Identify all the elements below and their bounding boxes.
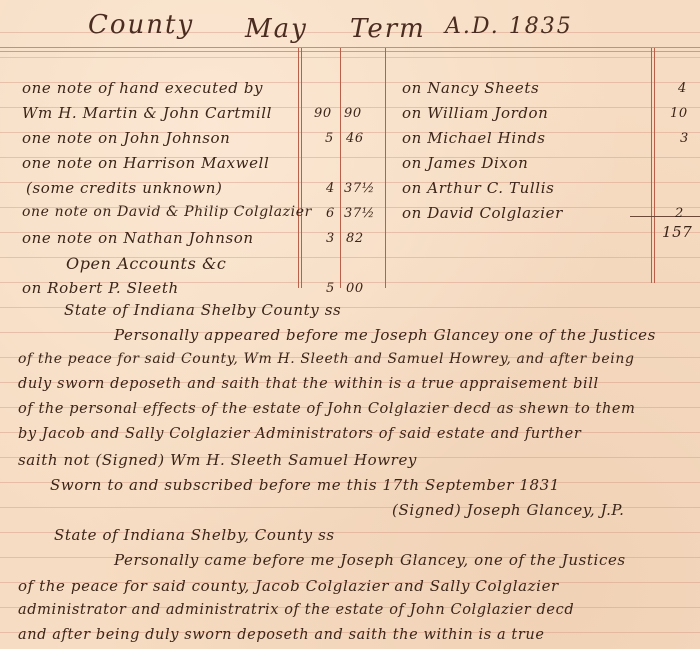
ledger-entry: on Robert P. Sleeth [22,279,179,297]
column-rule [340,48,341,288]
affidavit-jurat: Sworn to and subscribed before me this 1… [50,476,560,494]
ledger-amount: 4 [678,81,687,96]
ledger-entry: on William Jordon [402,104,548,122]
sum-rule [630,216,700,217]
affidavit-line: of the personal effects of the estate of… [18,401,635,417]
ledger-entry: (some credits unknown) [26,179,222,197]
header-rule [0,47,700,48]
ledger-amount: 10 [670,106,688,121]
ledger-entry: on Michael Hinds [402,129,546,147]
ledger-entry: Wm H. Martin & John Cartmill [22,104,272,122]
ledger-dollars: 4 [326,181,335,196]
affidavit-line: of the peace for said county, Jacob Colg… [18,577,559,595]
ledger-entry: one note on David & Philip Colglazier [22,204,312,220]
affidavit-line: Personally came before me Joseph Glancey… [114,551,626,569]
ledger-amount: 3 [680,131,689,146]
title-term-month: May [245,14,308,44]
ledger-entry: on James Dixon [402,154,528,172]
ledger-cents: 00 [346,281,364,296]
ledger-dollars: 5 [326,281,335,296]
ledger-dollars: 3 [326,231,335,246]
title-county: County [88,10,194,40]
column-rule [301,48,302,288]
title-year: A.D. 1835 [445,14,573,39]
ledger-entry: one note on John Johnson [22,129,230,147]
column-rule [385,48,386,288]
ledger-dollars: 6 [326,206,335,221]
ledger-dollars: 5 [325,131,334,146]
affidavit-line: Personally appeared before me Joseph Gla… [114,326,656,344]
ledger-entry: one note of hand executed by [22,79,263,97]
ledger-entry: on David Colglazier [402,204,563,222]
ledger-amount: 2 [675,206,684,221]
affidavit-line: by Jacob and Sally Colglazier Administra… [18,426,581,442]
ledger-total: 157 [662,223,692,241]
ledger-cents: 46 [346,131,364,146]
column-rule [651,48,652,283]
affidavit-line: of the peace for said County, Wm H. Slee… [18,351,635,367]
affidavit-line: duly sworn deposeth and saith that the w… [18,376,599,392]
affidavit-heading: State of Indiana Shelby County ss [64,301,341,319]
affidavit-line: and after being duly sworn deposeth and … [18,627,545,643]
ledger-entry: one note on Nathan Johnson [22,229,254,247]
ledger-dollars: 90 [314,106,332,121]
ledger-entry: on Arthur C. Tullis [402,179,554,197]
ledger-cents: 37½ [344,181,375,196]
ledger-cents: 90 [344,106,362,121]
ledger-section-heading: Open Accounts &c [66,254,226,273]
ledger-entry: one note on Harrison Maxwell [22,154,269,172]
ledger-entry: on Nancy Sheets [402,79,539,97]
ledger-cents: 37½ [344,206,375,221]
affidavit-signature: (Signed) Joseph Glancey, J.P. [392,501,624,519]
header-rule-2 [0,51,700,52]
affidavit-line: saith not (Signed) Wm H. Sleeth Samuel H… [18,451,417,469]
title-term: Term [350,14,426,44]
column-rule [654,48,655,283]
ledger-cents: 82 [346,231,364,246]
affidavit-line: administrator and administratrix of the … [18,602,574,618]
affidavit-heading: State of Indiana Shelby, County ss [54,526,335,544]
column-rule [298,48,299,288]
